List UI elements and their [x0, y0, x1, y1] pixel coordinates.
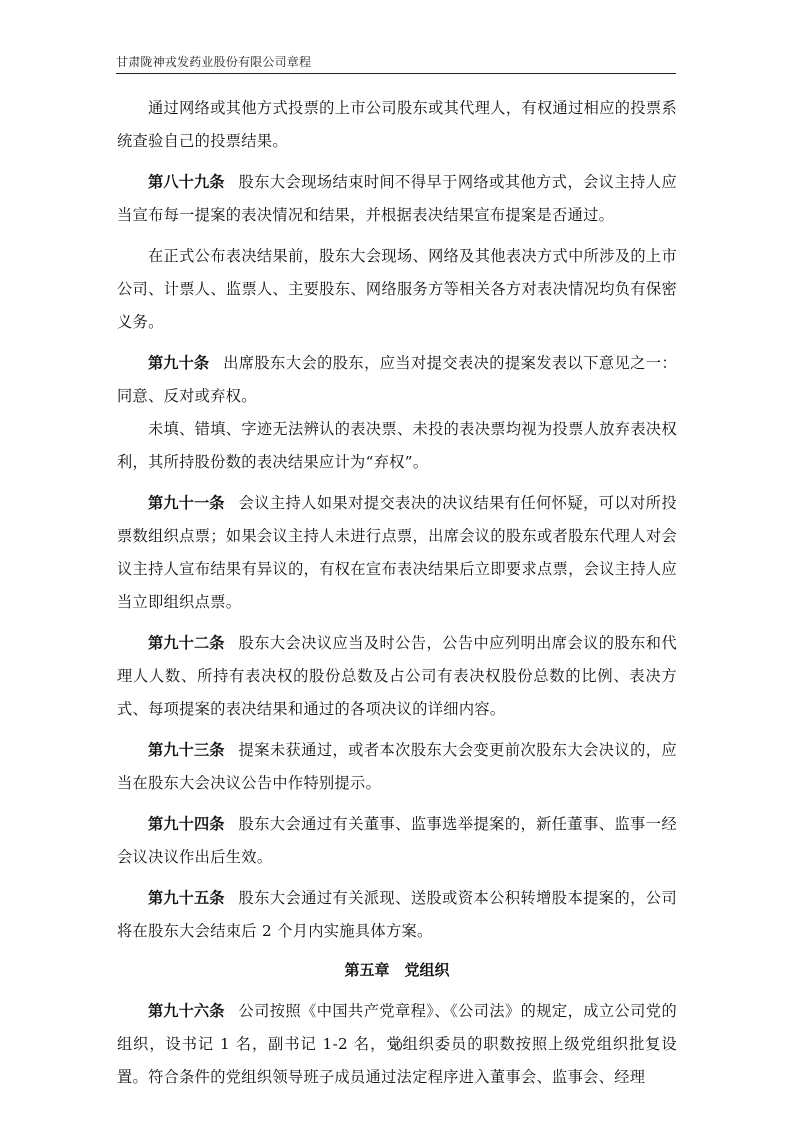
article-95: 第九十五条股东大会通过有关派现、送股或资本公积转增股本提案的，公司将在股东大会结… — [117, 882, 677, 948]
article-number: 第九十五条 — [148, 889, 225, 907]
paragraph: 通过网络或其他方式投票的上市公司股东或其代理人，有权通过相应的投票系统查验自己的… — [117, 92, 677, 158]
document-body: 通过网络或其他方式投票的上市公司股东或其代理人，有权通过相应的投票系统查验自己的… — [117, 92, 677, 1094]
article-number: 第九十条 — [148, 354, 209, 372]
paragraph: 在正式公布表决结果前，股东大会现场、网络及其他表决方式中所涉及的上市公司、计票人… — [117, 240, 677, 339]
chapter-heading: 第五章 党组织 — [117, 954, 677, 987]
article-92: 第九十二条股东大会决议应当及时公告，公告中应列明出席会议的股东和代理人人数、所持… — [117, 627, 677, 726]
article-number: 第九十三条 — [148, 741, 225, 759]
article-number: 第八十九条 — [148, 173, 225, 191]
article-number: 第九十六条 — [148, 1002, 225, 1020]
article-90: 第九十条出席股东大会的股东，应当对提交表决的提案发表以下意见之一：同意、反对或弃… — [117, 347, 677, 413]
paragraph-text: 未填、错填、字迹无法辨认的表决票、未投的表决票均视为投票人放弃表决权利，其所持股… — [117, 420, 677, 471]
paragraph-text: 在正式公布表决结果前，股东大会现场、网络及其他表决方式中所涉及的上市公司、计票人… — [117, 247, 677, 331]
article-number: 第九十四条 — [148, 815, 225, 833]
article-93: 第九十三条提案未获通过，或者本次股东大会变更前次股东大会决议的，应当在股东大会决… — [117, 734, 677, 800]
article-94: 第九十四条股东大会通过有关董事、监事选举提案的，新任董事、监事一经会议决议作出后… — [117, 808, 677, 874]
article-89: 第八十九条股东大会现场结束时间不得早于网络或其他方式，会议主持人应当宣布每一提案… — [117, 166, 677, 232]
page-header: 甘肃陇神戎发药业股份有限公司章程 — [116, 54, 676, 74]
article-91: 第九十一条会议主持人如果对提交表决的决议结果有任何怀疑，可以对所投票数组织点票；… — [117, 487, 677, 619]
paragraph-text: 通过网络或其他方式投票的上市公司股东或其代理人，有权通过相应的投票系统查验自己的… — [117, 99, 677, 150]
article-number: 第九十一条 — [148, 494, 225, 512]
page-number: 20 — [0, 1038, 793, 1053]
article-number: 第九十二条 — [148, 634, 225, 652]
document-title: 甘肃陇神戎发药业股份有限公司章程 — [116, 54, 676, 70]
paragraph: 未填、错填、字迹无法辨认的表决票、未投的表决票均视为投票人放弃表决权利，其所持股… — [117, 413, 677, 479]
